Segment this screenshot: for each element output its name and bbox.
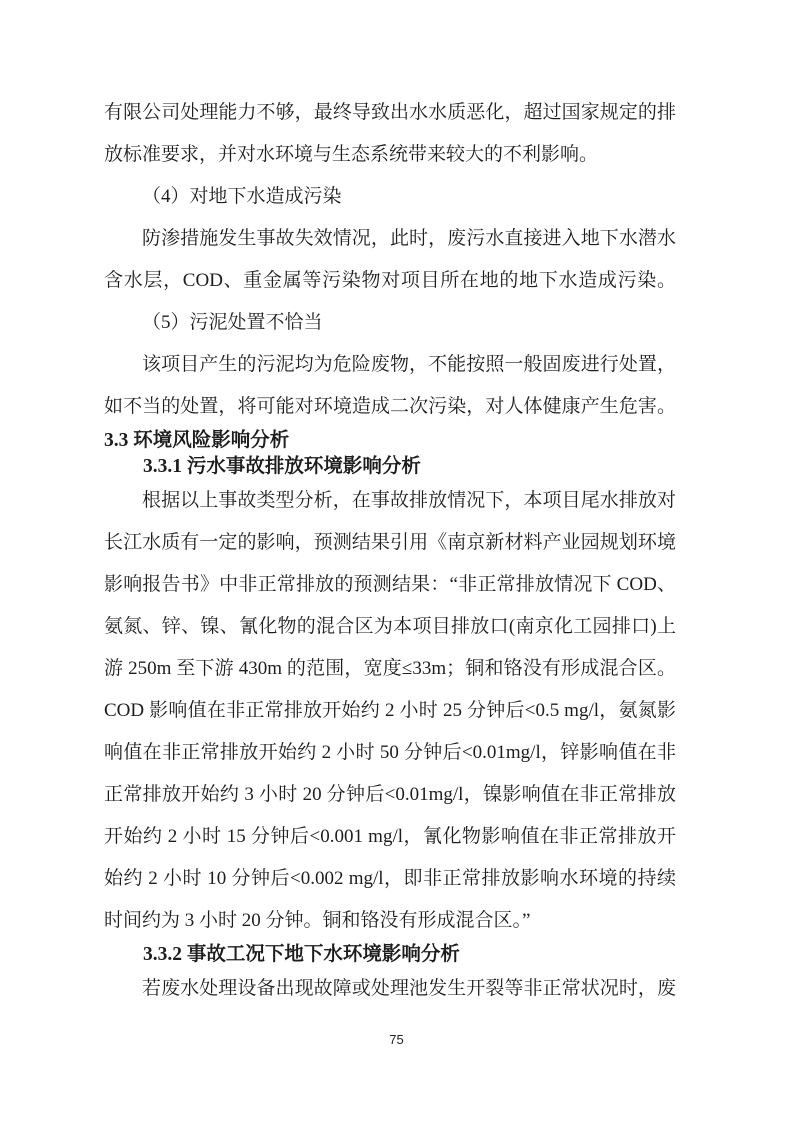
paragraph-line: 若废水处理设备出现故障或处理池发生开裂等非正常状况时，废 — [104, 968, 676, 1010]
paragraph-line: 含水层，COD、重金属等污染物对项目所在地的地下水造成污染。 — [104, 260, 676, 302]
paragraph-line: 如不当的处置，将可能对环境造成二次污染，对人体健康产生危害。 — [104, 386, 676, 428]
document-body: 有限公司处理能力不够，最终导致出水水质恶化，超过国家规定的排放标准要求，并对水环… — [104, 92, 676, 1010]
paragraph-line: 开始约 2 小时 15 分钟后<0.001 mg/l，氰化物影响值在非正常排放开 — [104, 816, 676, 858]
page-number: 75 — [0, 1032, 793, 1048]
subsection-heading: 3.3.2 事故工况下地下水环境影响分析 — [143, 942, 676, 968]
paragraph-line: 影响报告书》中非正常排放的预测结果：“非正常排放情况下 COD、 — [104, 564, 676, 606]
paragraph-line: 时间约为 3 小时 20 分钟。铜和铬没有形成混合区。” — [104, 900, 676, 942]
paragraph-line: COD 影响值在非正常排放开始约 2 小时 25 分钟后<0.5 mg/l，氨氮… — [104, 690, 676, 732]
paragraph-line: 长江水质有一定的影响，预测结果引用《南京新材料产业园规划环境 — [104, 522, 676, 564]
paragraph-line: 正常排放开始约 3 小时 20 分钟后<0.01mg/l，镍影响值在非正常排放 — [104, 774, 676, 816]
paragraph-line: 有限公司处理能力不够，最终导致出水水质恶化，超过国家规定的排 — [104, 92, 676, 134]
paragraph-line: 防渗措施发生事故失效情况，此时，废污水直接进入地下水潜水 — [104, 218, 676, 260]
paragraph-line: 放标准要求，并对水环境与生态系统带来较大的不利影响。 — [104, 134, 676, 176]
paragraph-line: 游 250m 至下游 430m 的范围，宽度≤33m；铜和铬没有形成混合区。 — [104, 648, 676, 690]
document-page: 有限公司处理能力不够，最终导致出水水质恶化，超过国家规定的排放标准要求，并对水环… — [0, 0, 793, 1122]
paragraph-line: 始约 2 小时 10 分钟后<0.002 mg/l，即非正常排放影响水环境的持续 — [104, 858, 676, 900]
paragraph-line: 响值在非正常排放开始约 2 小时 50 分钟后<0.01mg/l，锌影响值在非 — [104, 732, 676, 774]
subsection-heading: 3.3.1 污水事故排放环境影响分析 — [143, 454, 676, 480]
section-heading: 3.3 环境风险影响分析 — [104, 428, 676, 454]
paragraph-line: 根据以上事故类型分析，在事故排放情况下，本项目尾水排放对 — [104, 480, 676, 522]
paragraph-line: 该项目产生的污泥均为危险废物，不能按照一般固废进行处置， — [104, 344, 676, 386]
paragraph-line: （4）对地下水造成污染 — [104, 176, 676, 218]
paragraph-line: 氨氮、锌、镍、氰化物的混合区为本项目排放口(南京化工园排口)上 — [104, 606, 676, 648]
paragraph-line: （5）污泥处置不恰当 — [104, 302, 676, 344]
